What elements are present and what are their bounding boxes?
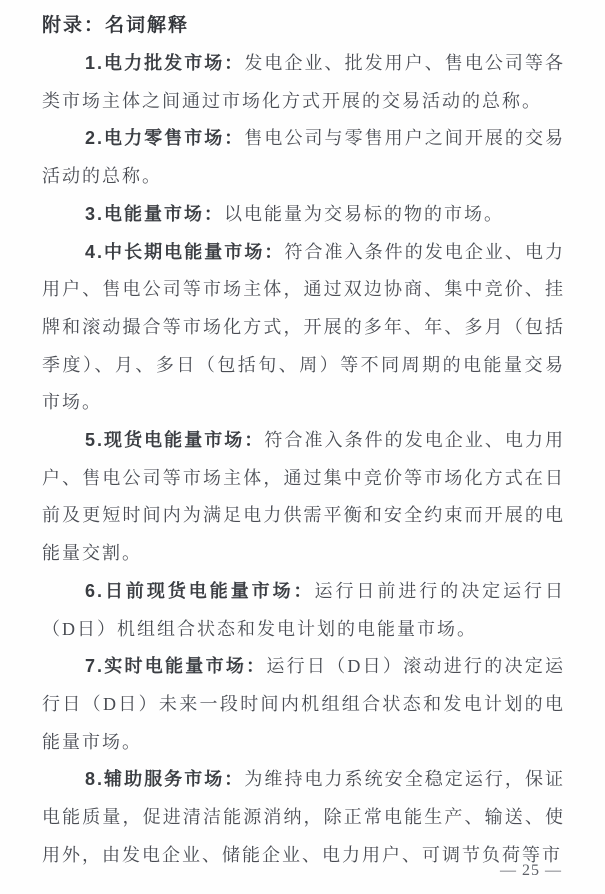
term-label: 1.电力批发市场： (85, 53, 244, 73)
term-label: 8.辅助服务市场： (85, 769, 244, 789)
glossary-item: 6.日前现货电能量市场：运行日前进行的决定运行日（D日）机组组合状态和发电计划的… (42, 573, 565, 648)
glossary-item: 2.电力零售市场：售电公司与零售用户之间开展的交易活动的总称。 (42, 120, 565, 195)
term-label: 6.日前现货电能量市场： (85, 581, 315, 601)
term-label: 5.现货电能量市场： (85, 430, 264, 450)
document-page: 附录：名词解释 1.电力批发市场：发电企业、批发用户、售电公司等各类市场主体之间… (0, 0, 605, 894)
glossary-content: 1.电力批发市场：发电企业、批发用户、售电公司等各类市场主体之间通过市场化方式开… (42, 45, 565, 874)
glossary-item: 1.电力批发市场：发电企业、批发用户、售电公司等各类市场主体之间通过市场化方式开… (42, 45, 565, 120)
glossary-item: 4.中长期电能量市场：符合准入条件的发电企业、电力用户、售电公司等市场主体，通过… (42, 234, 565, 423)
glossary-item: 3.电能量市场：以电能量为交易标的物的市场。 (42, 196, 565, 234)
glossary-item: 8.辅助服务市场：为维持电力系统安全稳定运行，保证电能质量，促进清洁能源消纳，除… (42, 761, 565, 874)
glossary-item: 7.实时电能量市场：运行日（D日）滚动进行的决定运行日（D日）未来一段时间内机组… (42, 648, 565, 761)
glossary-item: 5.现货电能量市场：符合准入条件的发电企业、电力用户、售电公司等市场主体，通过集… (42, 422, 565, 573)
definition-text: 符合准入条件的发电企业、电力用户、售电公司等市场主体，通过双边协商、集中竞价、挂… (42, 242, 565, 413)
term-label: 2.电力零售市场： (85, 128, 244, 148)
term-label: 7.实时电能量市场： (85, 656, 266, 676)
term-label: 3.电能量市场： (85, 204, 224, 224)
page-title: 附录：名词解释 (42, 10, 189, 37)
term-label: 4.中长期电能量市场： (85, 242, 284, 262)
page-number: — 25 — (500, 862, 562, 880)
definition-text: 以电能量为交易标的物的市场。 (224, 204, 504, 224)
